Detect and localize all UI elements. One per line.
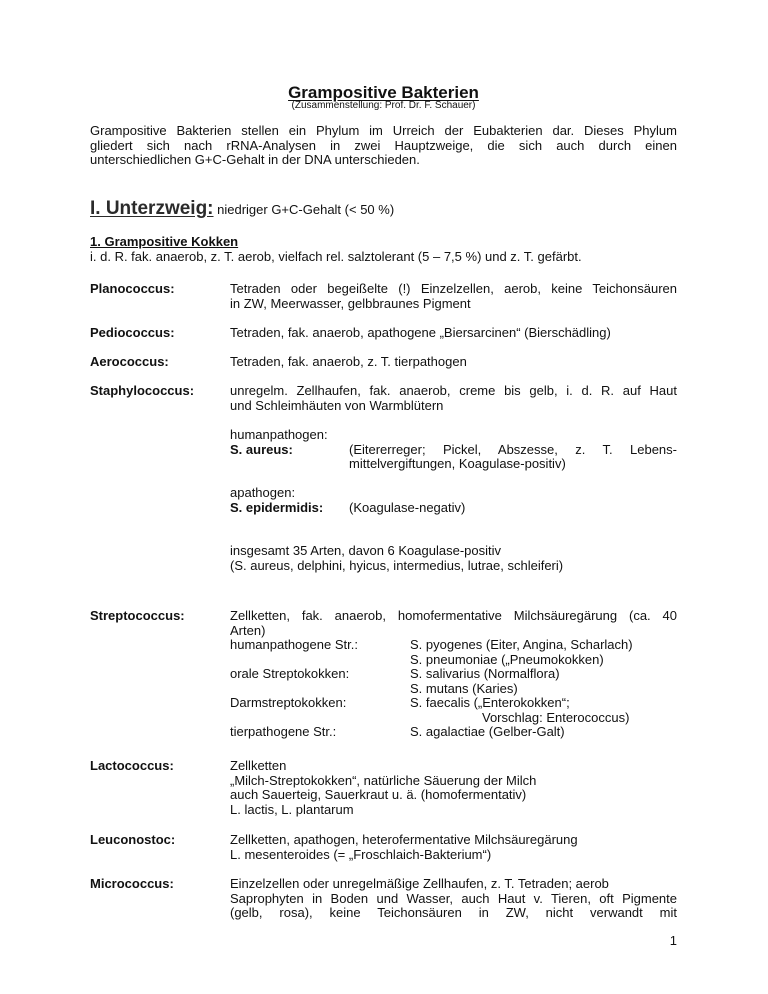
- description-line: Tetraden, fak. anaerob, z. T. tierpathog…: [230, 355, 677, 370]
- species-description: (Eitererreger; Pickel, Abszesse, z. T. L…: [349, 443, 677, 472]
- genus-label: Staphylococcus:: [90, 384, 194, 399]
- intro-line: gliedert sich nach rRNA-Analysen in zwei…: [90, 139, 677, 154]
- table-row: S. pneumoniae („Pneumokokken): [230, 653, 677, 668]
- streptococcus-species-table: humanpathogene Str.: S. pyogenes (Eiter,…: [230, 638, 677, 740]
- description-line: Zellketten: [230, 759, 677, 774]
- genus-description: unregelm. Zellhaufen, fak. anaerob, crem…: [230, 384, 677, 413]
- group-cell: humanpathogene Str.:: [230, 638, 358, 653]
- genus-label: Pediococcus:: [90, 326, 175, 341]
- section-heading-title: I. Unterzweig:: [90, 198, 214, 219]
- species-cell: S. pyogenes (Eiter, Angina, Scharlach): [410, 638, 633, 653]
- description-line: L. lactis, L. plantarum: [230, 803, 677, 818]
- species-description: (Koagulase-negativ): [349, 501, 677, 516]
- group-cell: Darmstreptokokken:: [230, 696, 346, 711]
- genus-description: Tetraden, fak. anaerob, z. T. tierpathog…: [230, 355, 677, 370]
- species-cell: S. salivarius (Normalflora): [410, 667, 560, 682]
- staphylococcus-humanpathogen: humanpathogen: S. aureus: (Eitererreger;…: [230, 428, 677, 457]
- description-line: Tetraden oder begeißelte (!) Einzelzelle…: [230, 282, 677, 297]
- description-line: Arten): [230, 624, 677, 639]
- document-subtitle: (Zusammenstellung: Prof. Dr. F. Schauer): [90, 100, 677, 112]
- subsection-heading: 1. Grampositive Kokken: [90, 235, 238, 250]
- summary-line: insgesamt 35 Arten, davon 6 Koagulase-po…: [230, 544, 563, 559]
- species-cell: S. mutans (Karies): [410, 682, 518, 697]
- subsection-description: i. d. R. fak. anaerob, z. T. aerob, viel…: [90, 250, 582, 265]
- genus-description: Zellketten, apathogen, heterofermentativ…: [230, 833, 677, 862]
- staphylococcus-summary: insgesamt 35 Arten, davon 6 Koagulase-po…: [230, 544, 563, 573]
- species-cell: S. faecalis („Enterokokken“;: [410, 696, 570, 711]
- group-cell: tierpathogene Str.:: [230, 725, 336, 740]
- section-heading: I. Unterzweig: niedriger G+C-Gehalt (< 5…: [90, 202, 394, 218]
- genus-label: Leuconostoc:: [90, 833, 175, 848]
- description-line: und Schleimhäuten von Warmblütern: [230, 399, 677, 414]
- intro-line: Grampositive Bakterien stellen ein Phylu…: [90, 124, 677, 139]
- table-row: Darmstreptokokken: S. faecalis („Enterok…: [230, 696, 677, 711]
- description-line: Saprophyten in Boden und Wasser, auch Ha…: [230, 892, 677, 907]
- description-line: (Koagulase-negativ): [349, 501, 677, 516]
- section-heading-suffix: niedriger G+C-Gehalt (< 50 %): [214, 202, 395, 217]
- species-cell: Vorschlag: Enterococcus): [482, 711, 629, 726]
- genus-description: Zellketten „Milch-Streptokokken“, natürl…: [230, 759, 677, 817]
- species-name: S. epidermidis:: [230, 501, 323, 516]
- description-line: „Milch-Streptokokken“, natürliche Säueru…: [230, 774, 677, 789]
- genus-label: Planococcus:: [90, 282, 175, 297]
- description-line: Zellketten, apathogen, heterofermentativ…: [230, 833, 677, 848]
- genus-label: Micrococcus:: [90, 877, 174, 892]
- staphylococcus-apathogen: apathogen: S. epidermidis: (Koagulase-ne…: [230, 486, 677, 515]
- description-line: Zellketten, fak. anaerob, homofermentati…: [230, 609, 677, 624]
- genus-label: Streptococcus:: [90, 609, 185, 624]
- genus-description: Einzelzellen oder unregelmäßige Zellhauf…: [230, 877, 677, 921]
- group-cell: orale Streptokokken:: [230, 667, 349, 682]
- description-line: auch Sauerteig, Sauerkraut u. ä. (homofe…: [230, 788, 677, 803]
- species-row: S. aureus: (Eitererreger; Pickel, Abszes…: [230, 443, 677, 458]
- table-row: orale Streptokokken: S. salivarius (Norm…: [230, 667, 677, 682]
- intro-paragraph: Grampositive Bakterien stellen ein Phylu…: [90, 124, 677, 168]
- genus-description: Zellketten, fak. anaerob, homofermentati…: [230, 609, 677, 638]
- description-line: L. mesenteroides (= „Froschlaich-Bakteri…: [230, 848, 677, 863]
- genus-description: Tetraden, fak. anaerob, apathogene „Bier…: [230, 326, 677, 341]
- description-line: mittelvergiftungen, Koagulase-positiv): [349, 457, 677, 472]
- description-line: (gelb, rosa), keine Teichonsäuren in ZW,…: [230, 906, 677, 921]
- page-number: 1: [667, 934, 677, 949]
- group-label: humanpathogen:: [230, 428, 677, 443]
- table-row: Vorschlag: Enterococcus): [230, 711, 677, 726]
- intro-line: unterschiedlichen G+C-Gehalt in der DNA …: [90, 153, 677, 168]
- table-row: humanpathogene Str.: S. pyogenes (Eiter,…: [230, 638, 677, 653]
- group-label: apathogen:: [230, 486, 677, 501]
- description-line: Einzelzellen oder unregelmäßige Zellhauf…: [230, 877, 677, 892]
- summary-line: (S. aureus, delphini, hyicus, intermediu…: [230, 559, 563, 574]
- species-row: S. epidermidis: (Koagulase-negativ): [230, 501, 677, 516]
- species-cell: S. agalactiae (Gelber-Galt): [410, 725, 565, 740]
- table-row: tierpathogene Str.: S. agalactiae (Gelbe…: [230, 725, 677, 740]
- genus-label: Lactococcus:: [90, 759, 174, 774]
- species-name: S. aureus:: [230, 443, 293, 458]
- description-line: in ZW, Meerwasser, gelbbraunes Pigment: [230, 297, 677, 312]
- genus-description: Tetraden oder begeißelte (!) Einzelzelle…: [230, 282, 677, 311]
- description-line: Tetraden, fak. anaerob, apathogene „Bier…: [230, 326, 677, 341]
- description-line: (Eitererreger; Pickel, Abszesse, z. T. L…: [349, 443, 677, 458]
- genus-label: Aerococcus:: [90, 355, 169, 370]
- table-row: S. mutans (Karies): [230, 682, 677, 697]
- species-cell: S. pneumoniae („Pneumokokken): [410, 653, 604, 668]
- description-line: unregelm. Zellhaufen, fak. anaerob, crem…: [230, 384, 677, 399]
